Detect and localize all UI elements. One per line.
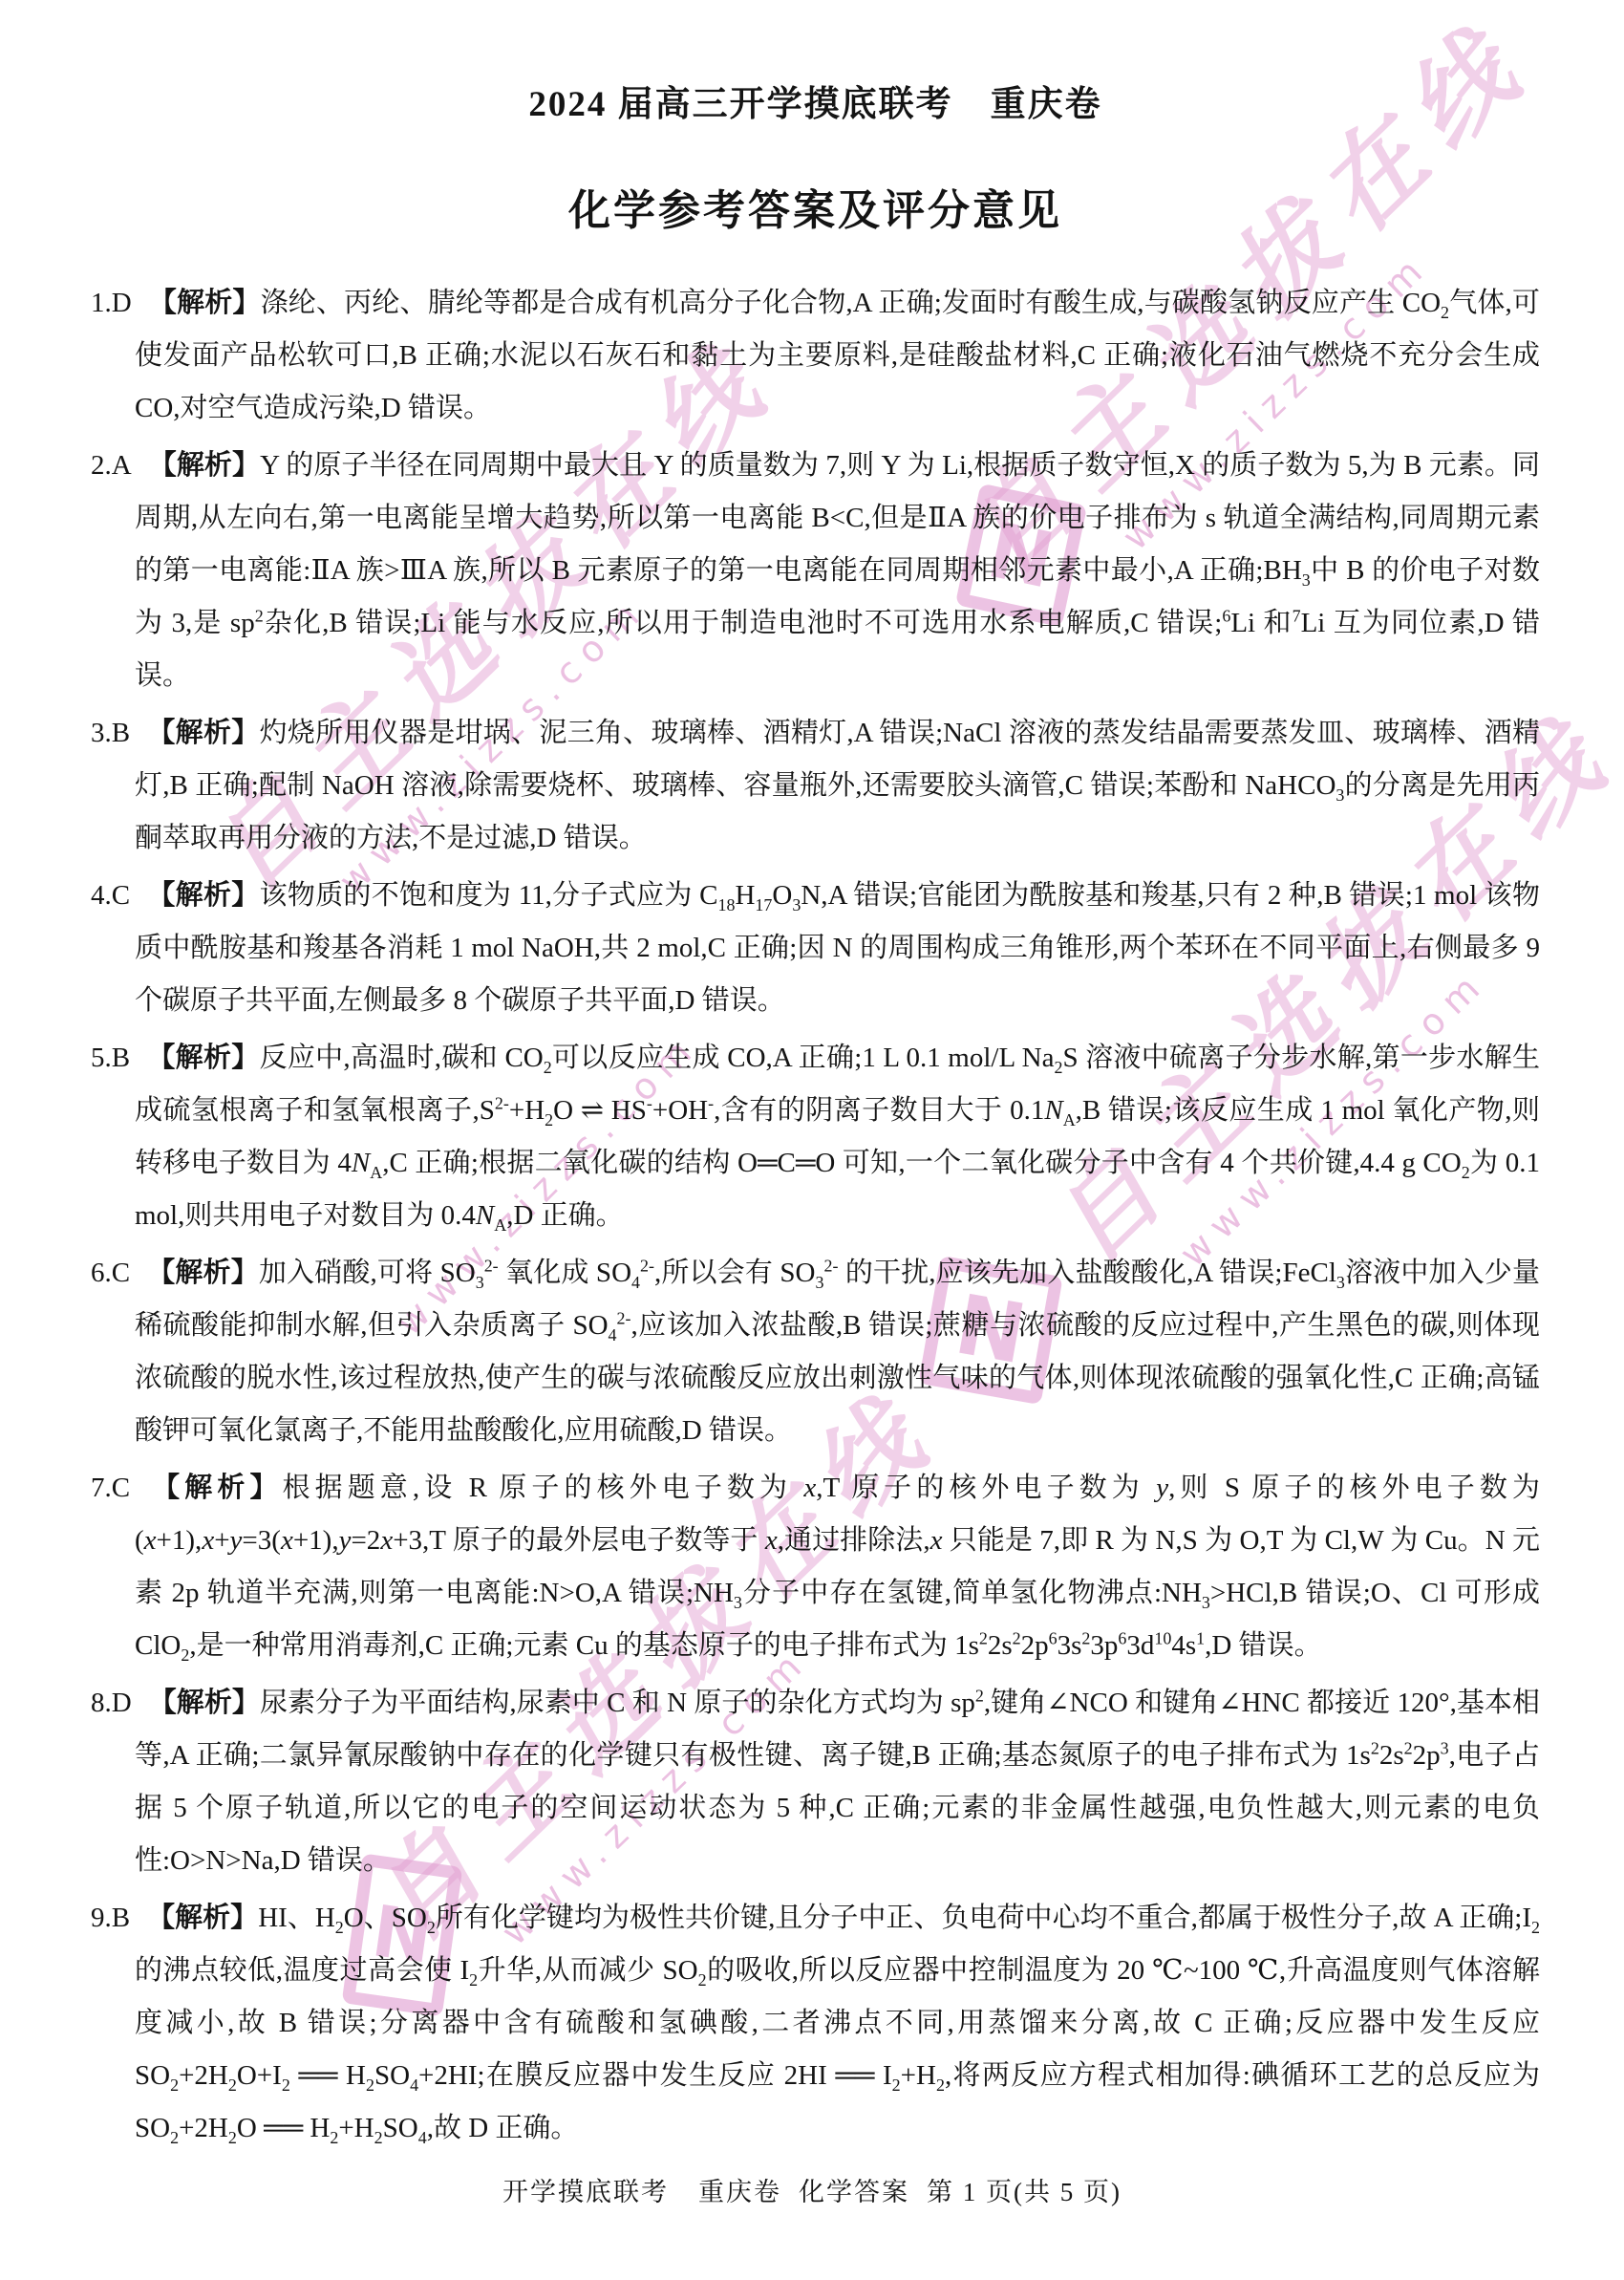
question-number: 9.B — [91, 1903, 130, 1933]
analysis-label: 【解析】 — [147, 880, 259, 911]
analysis-label: 【解析】 — [147, 1473, 282, 1503]
question-number: 7.C — [91, 1473, 130, 1503]
analysis-label: 【解析】 — [147, 1258, 259, 1288]
analysis-text: 根据题意,设 R 原子的核外电子数为 x,T 原子的核外电子数为 y,则 S 原… — [135, 1473, 1540, 1661]
page: 自主选拔在线 www.zizzs.com 自主选拔在线 www.zizzs.co… — [0, 0, 1624, 2280]
analysis-label: 【解析】 — [147, 718, 259, 748]
analysis-text: 反应中,高温时,碳和 CO2可以反应生成 CO,A 正确;1 L 0.1 mol… — [135, 1043, 1540, 1231]
analysis-text: 灼烧所用仪器是坩埚、泥三角、玻璃棒、酒精灯,A 错误;NaCl 溶液的蒸发结晶需… — [135, 718, 1540, 853]
question-number: 4.C — [91, 880, 130, 911]
answer-item: 8.D【解析】尿素分子为平面结构,尿素中 C 和 N 原子的杂化方式均为 sp2… — [91, 1677, 1540, 1887]
analysis-text: Y 的原子半径在同周期中最大且 Y 的质量数为 7,则 Y 为 Li,根据质子数… — [135, 450, 1540, 691]
page-footer: 开学摸底联考重庆卷化学答案第 1 页(共 5 页) — [0, 2171, 1624, 2208]
page-subtitle: 化学参考答案及评分意见 — [91, 176, 1540, 237]
question-number: 8.D — [91, 1688, 132, 1718]
page-title: 2024 届高三开学摸底联考 重庆卷 — [91, 75, 1540, 126]
analysis-label: 【解析】 — [147, 1043, 259, 1073]
analysis-text: 该物质的不饱和度为 11,分子式应为 C18H17O3N,A 错误;官能团为酰胺… — [135, 880, 1540, 1016]
answer-item: 1.D【解析】涤纶、丙纶、腈纶等都是合成有机高分子化合物,A 正确;发面时有酸生… — [91, 277, 1540, 435]
answer-item: 2.A【解析】Y 的原子半径在同周期中最大且 Y 的质量数为 7,则 Y 为 L… — [91, 440, 1540, 702]
question-number: 2.A — [91, 450, 132, 481]
analysis-text: 涤纶、丙纶、腈纶等都是合成有机高分子化合物,A 正确;发面时有酸生成,与碳酸氢钠… — [135, 288, 1540, 423]
question-number: 1.D — [91, 288, 132, 318]
footer-exam-name: 开学摸底联考 — [502, 2178, 669, 2206]
footer-page-info: 第 1 页(共 5 页) — [927, 2178, 1122, 2206]
question-number: 6.C — [91, 1258, 130, 1288]
footer-subject: 化学答案 — [799, 2178, 909, 2206]
question-number: 5.B — [91, 1043, 130, 1073]
answer-item: 9.B【解析】HI、H2O、SO2所有化学键均为极性共价键,且分子中正、负电荷中… — [91, 1892, 1540, 2155]
answers-list: 1.D【解析】涤纶、丙纶、腈纶等都是合成有机高分子化合物,A 正确;发面时有酸生… — [91, 277, 1540, 2155]
analysis-label: 【解析】 — [147, 1903, 258, 1933]
analysis-label: 【解析】 — [149, 1688, 260, 1718]
footer-paper-name: 重庆卷 — [698, 2178, 781, 2206]
answer-sheet: 2024 届高三开学摸底联考 重庆卷 化学参考答案及评分意见 1.D【解析】涤纶… — [91, 75, 1540, 2160]
answer-item: 7.C【解析】根据题意,设 R 原子的核外电子数为 x,T 原子的核外电子数为 … — [91, 1462, 1540, 1672]
question-number: 3.B — [91, 718, 130, 748]
answer-item: 3.B【解析】灼烧所用仪器是坩埚、泥三角、玻璃棒、酒精灯,A 错误;NaCl 溶… — [91, 707, 1540, 865]
analysis-text: 尿素分子为平面结构,尿素中 C 和 N 原子的杂化方式均为 sp2,键角∠NCO… — [135, 1688, 1540, 1876]
answer-item: 4.C【解析】该物质的不饱和度为 11,分子式应为 C18H17O3N,A 错误… — [91, 870, 1540, 1027]
analysis-label: 【解析】 — [149, 450, 260, 481]
answer-item: 5.B【解析】反应中,高温时,碳和 CO2可以反应生成 CO,A 正确;1 L … — [91, 1032, 1540, 1242]
analysis-text: HI、H2O、SO2所有化学键均为极性共价键,且分子中正、负电荷中心均不重合,都… — [135, 1903, 1540, 2143]
analysis-text: 加入硝酸,可将 SO32- 氧化成 SO42-,所以会有 SO32- 的干扰,应… — [135, 1258, 1540, 1446]
analysis-label: 【解析】 — [149, 288, 261, 318]
answer-item: 6.C【解析】加入硝酸,可将 SO32- 氧化成 SO42-,所以会有 SO32… — [91, 1247, 1540, 1457]
